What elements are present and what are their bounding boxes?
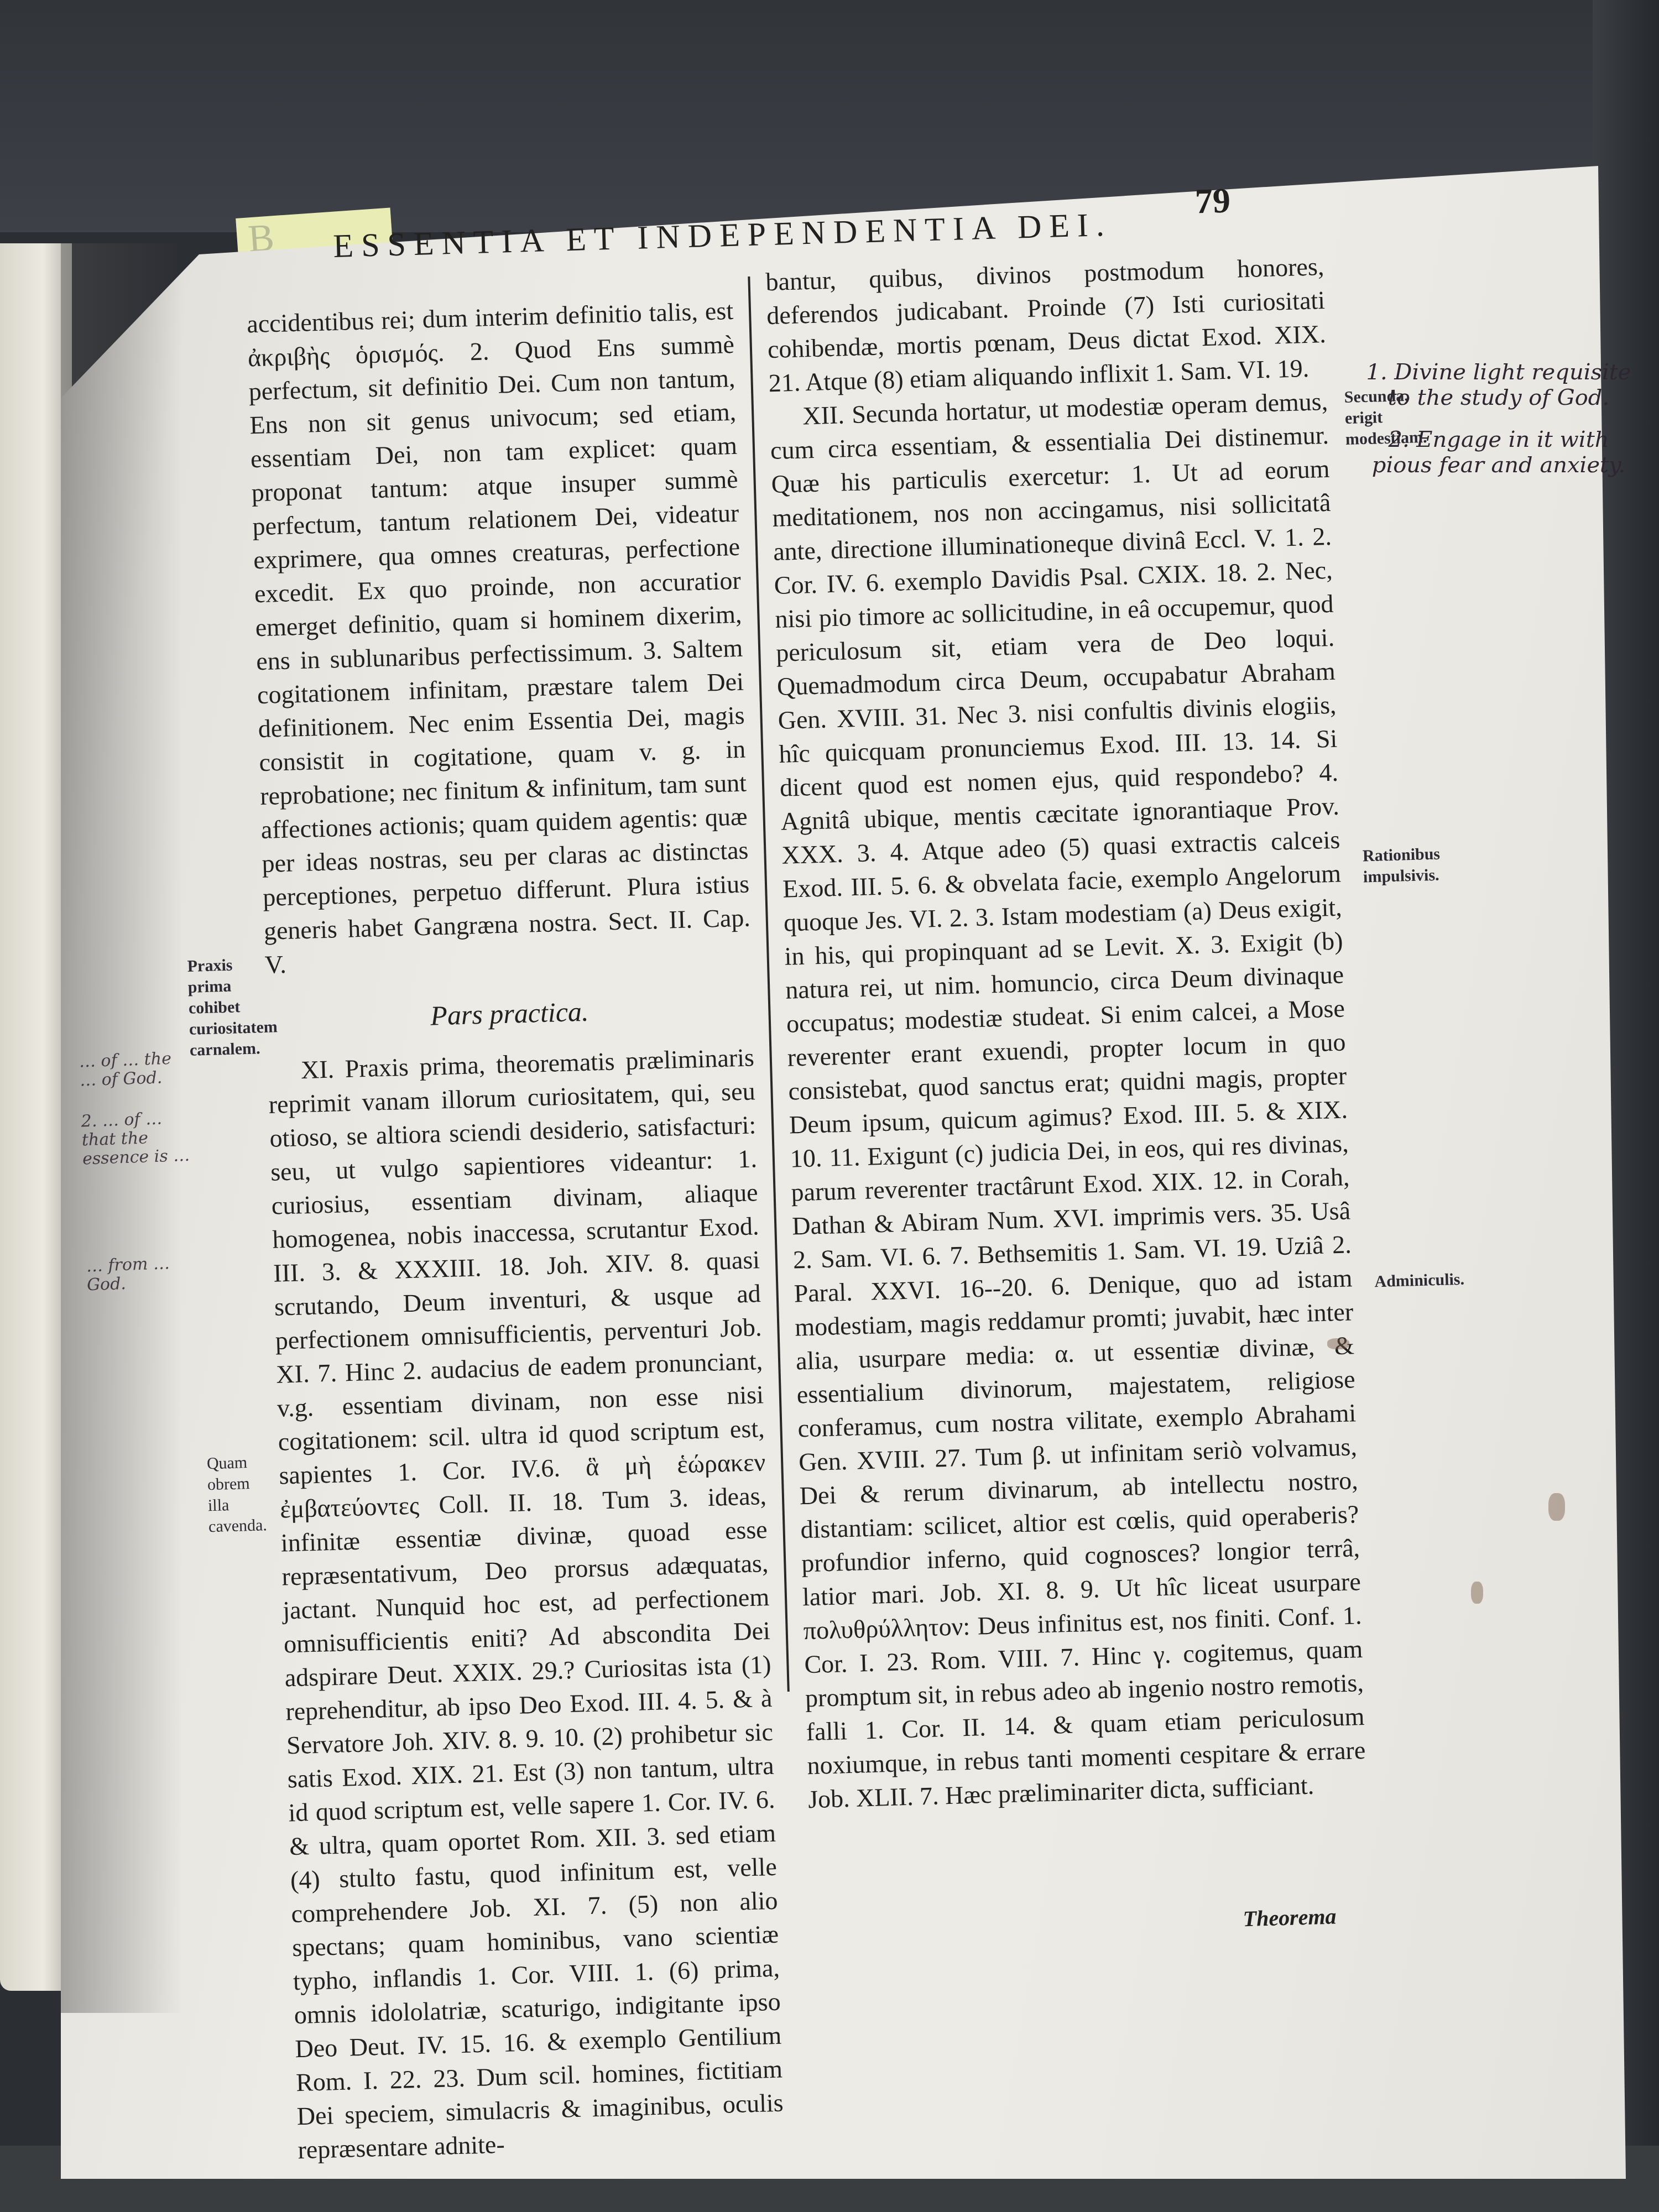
left-column: accidentibus rei; dum interim definitio … [247,294,785,2167]
foxing-stain [1327,1338,1349,1349]
right-paragraph-continuation: bantur, quibus, divinos postmodum honore… [765,249,1327,400]
left-paragraph-praxis: XI. Praxis prima, theorematis præliminar… [267,1040,785,2167]
handwritten-left-1: … of … the … of God. [79,1049,190,1091]
side-note-rationibus: Rationibus impulsivis. [1363,843,1452,888]
left-paragraph-theory: accidentibus rei; dum interim definitio … [247,294,752,982]
right-column: bantur, quibus, divinos postmodum honore… [765,249,1367,1816]
handwritten-left-3: … from … God. [86,1253,197,1295]
catchword: Theorema [1243,1903,1337,1932]
side-note-praxis-prima: Praxis prima cohibet curiositatem carnal… [187,954,251,1061]
handwritten-note-1: 1. Divine light requisite to the study o… [1366,359,1631,410]
handwritten-left-2: 2. … of … that the essence is … [81,1109,193,1169]
handwritten-note-left: … of … the … of God. 2. … of … that the … [79,1049,197,1295]
handwritten-note-2: 2. Engage in it with pious fear and anxi… [1360,427,1637,478]
page-number: 79 [1194,180,1231,222]
foxing-stain [1548,1493,1565,1521]
handwritten-note-right: 1. Divine light requisite to the study o… [1360,359,1637,478]
right-paragraph-xii: XII. Secunda hortatur, ut modestiæ opera… [769,384,1367,1816]
side-note-quam-obrem: Quam obrem illa cavenda. [206,1452,269,1537]
section-title: Pars practica. [266,990,753,1037]
foxing-stain [1471,1582,1483,1604]
side-note-adminiculis: Adminiculis. [1374,1269,1463,1292]
